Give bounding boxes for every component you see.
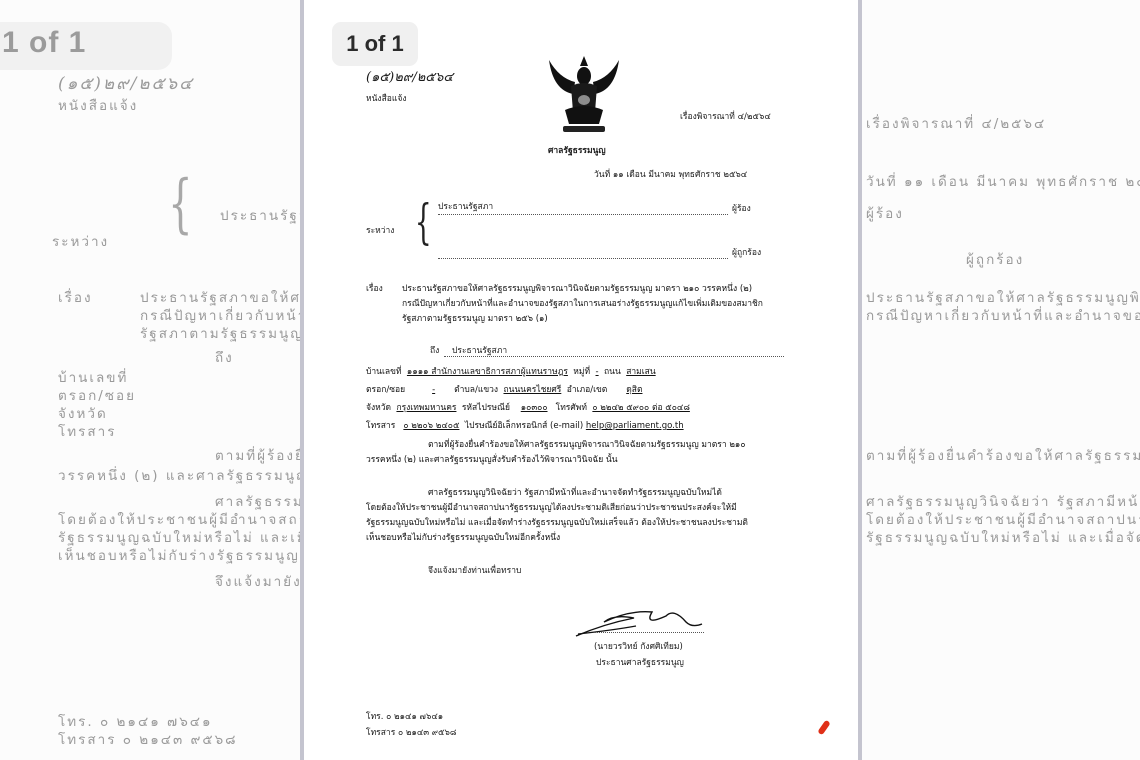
signer-name: (นายวรวิทย์ กังศศิเทียม) — [594, 642, 683, 653]
subject-label: เรื่อง — [366, 284, 383, 295]
brace-icon: { — [415, 198, 432, 246]
signature-line — [594, 632, 704, 633]
email-label: ไปรษณีย์อิเล็กทรอนิกส์ (e-mail) — [465, 421, 583, 431]
petitioner: ประธานรัฐสภา — [438, 202, 493, 213]
document-page: 1 of 1 (๑๕)๒๙/๒๕๖๔ หนังสือแจ้ง เรื่องพิจ… — [300, 0, 862, 760]
district: ดุสิต — [626, 385, 642, 395]
bg-subject-right: กรณีปัญหาเกี่ยวกับหน้าที่และอำนาจของรัฐส… — [866, 304, 1140, 326]
postcode-label: รหัสไปรษณีย์ — [462, 403, 510, 413]
email-link[interactable]: help@parliament.go.th — [586, 421, 684, 431]
closing: จึงแจ้งมายังท่านเพื่อทราบ — [428, 566, 521, 577]
district-label: อำเภอ/เขต — [567, 385, 608, 395]
address-row-1: บ้านเลขที่ ๑๑๑๑ สำนักงานเลขาธิการสภาผู้แ… — [366, 364, 656, 378]
background-page-indicator-text: 1 of 1 — [2, 26, 86, 60]
subdistrict-label: ตำบล/แขวง — [454, 385, 498, 395]
pen-mark-icon — [817, 720, 831, 736]
road-label: ถนน — [604, 367, 621, 377]
bg-resp-role: ผู้ถูกร้อง — [966, 248, 1024, 270]
phone-label: โทรศัพท์ — [556, 403, 587, 413]
house-no: ๑๑๑๑ สำนักงานเลขาธิการสภาผู้แทนราษฎร — [407, 367, 568, 377]
to-label: ถึง — [430, 346, 439, 357]
letter-date: วันที่ ๑๑ เดือน มีนาคม พุทธศักราช ๒๕๖๔ — [594, 170, 747, 181]
subject-text: ประธานรัฐสภาขอให้ศาลรัฐธรรมนูญพิจารณาวิน… — [402, 282, 763, 327]
para1-line: วรรคหนึ่ง (๒) และศาลรัฐธรรมนูญสั่งรับคำร… — [366, 453, 746, 468]
case-number: เรื่องพิจารณาที่ ๔/๒๕๖๔ — [680, 112, 771, 123]
moo-label: หมู่ที่ — [573, 367, 590, 377]
subject-line: กรณีปัญหาเกี่ยวกับหน้าที่และอำนาจของรัฐส… — [402, 297, 763, 312]
page-indicator: 1 of 1 — [332, 22, 418, 66]
fax-label: โทรสาร — [366, 421, 395, 431]
phone: ๐ ๒๒๔๒ ๕๙๐๐ ต่อ ๕๐๔๘ — [592, 403, 690, 413]
para2-line: รัฐธรรมนูญฉบับใหม่หรือไม่ และเมื่อจัดทำร… — [366, 516, 748, 531]
signer-title: ประธานศาลรัฐธรรมนูญ — [596, 658, 684, 669]
petitioner-line — [438, 214, 728, 215]
petitioner-role: ผู้ร้อง — [732, 204, 751, 215]
province: กรุงเทพมหานคร — [396, 403, 456, 413]
respondent-role: ผู้ถูกร้อง — [732, 248, 761, 259]
address-row-4: โทรสาร ๐ ๒๒๐๖ ๒๔๐๕ ไปรษณีย์อิเล็กทรอนิกส… — [366, 418, 684, 432]
signature-icon — [574, 604, 704, 640]
between-label: ระหว่าง — [366, 226, 394, 237]
bg-fax: โทรสาร — [58, 420, 116, 442]
bg-para2-right: รัฐธรรมนูญฉบับใหม่หรือไม่ และเมื่อจัดทำร… — [866, 526, 1140, 548]
bg-date: วันที่ ๑๑ เดือน มีนาคม พุทธศักราช ๒๕๖๔ — [866, 170, 1140, 192]
para2-line: ศาลรัฐธรรมนูญวินิจฉัยว่า รัฐสภามีหน้าที่… — [366, 486, 748, 501]
bg-doc-type: หนังสือแจ้ง — [58, 94, 138, 116]
bg-to: ถึง — [215, 346, 234, 368]
bg-case-no: เรื่องพิจารณาที่ ๔/๒๕๖๔ — [866, 112, 1046, 134]
bg-ref-number: (๑๕)๒๙/๒๕๖๔ — [58, 70, 194, 97]
paragraph-1: ตามที่ผู้ร้องยื่นคำร้องขอให้ศาลรัฐธรรมนู… — [366, 438, 746, 468]
garuda-emblem-icon — [545, 50, 623, 140]
soi: - — [432, 385, 435, 395]
paragraph-2: ศาลรัฐธรรมนูญวินิจฉัยว่า รัฐสภามีหน้าที่… — [366, 486, 748, 546]
document-type: หนังสือแจ้ง — [366, 94, 406, 105]
para2-line: เห็นชอบหรือไม่กับร่างรัฐธรรมนูญฉบับใหม่อ… — [366, 531, 748, 546]
address-row-3: จังหวัด กรุงเทพมหานคร รหัสไปรษณีย์ ๑๐๓๐๐… — [366, 400, 690, 414]
bg-between: ระหว่าง — [52, 230, 109, 252]
postcode: ๑๐๓๐๐ — [521, 403, 548, 413]
subdistrict: ถนนนครไชยศรี — [503, 385, 561, 395]
respondent-line — [438, 258, 728, 259]
footer-fax: โทรสาร ๐ ๒๑๔๓ ๙๕๖๘ — [366, 728, 456, 739]
fax: ๐ ๒๒๐๖ ๒๔๐๕ — [403, 421, 459, 431]
subject-line: รัฐสภาตามรัฐธรรมนูญ มาตรา ๒๕๖ (๑) — [402, 312, 763, 327]
issuer: ศาลรัฐธรรมนูญ — [548, 146, 606, 157]
soi-label: ตรอก/ซอย — [366, 385, 405, 395]
reference-number: (๑๕)๒๙/๒๕๖๔ — [366, 72, 453, 83]
province-label: จังหวัด — [366, 403, 391, 413]
bg-subject-label: เรื่อง — [58, 286, 93, 308]
para1-line: ตามที่ผู้ร้องยื่นคำร้องขอให้ศาลรัฐธรรมนู… — [366, 438, 746, 453]
address-row-2: ตรอก/ซอย - ตำบล/แขวง ถนนนครไชยศรี อำเภอ/… — [366, 382, 642, 396]
background-page-indicator: 1 of 1 — [0, 22, 172, 70]
to-line — [444, 356, 784, 357]
footer-phone: โทร. ๐ ๒๑๔๑ ๗๖๔๑ — [366, 712, 443, 723]
bg-brace: { — [168, 180, 192, 228]
bg-footer-fax: โทรสาร ๐ ๒๑๔๓ ๙๕๖๘ — [58, 728, 238, 750]
para2-line: โดยต้องให้ประชาชนผู้มีอำนาจสถาปนารัฐธรรม… — [366, 501, 748, 516]
bg-pet-role: ผู้ร้อง — [866, 202, 904, 224]
bg-para1-right: ตามที่ผู้ร้องยื่นคำร้องขอให้ศาลรัฐธรรมนู… — [866, 444, 1140, 466]
house-no-label: บ้านเลขที่ — [366, 367, 402, 377]
road: สามเสน — [626, 367, 655, 377]
subject-line: ประธานรัฐสภาขอให้ศาลรัฐธรรมนูญพิจารณาวิน… — [402, 282, 763, 297]
moo: - — [596, 367, 599, 377]
